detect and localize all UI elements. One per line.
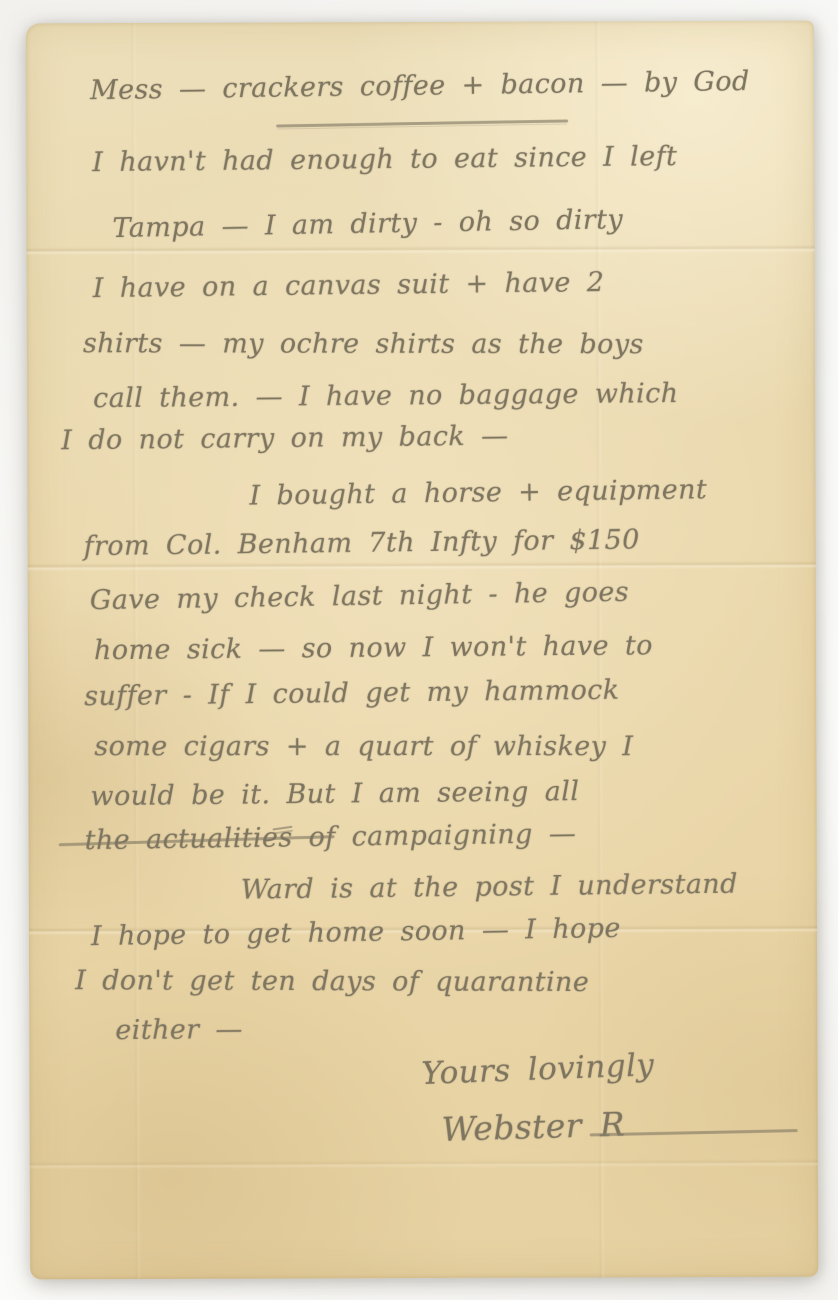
letter-line: Gave my check last night - he goes: [90, 577, 630, 616]
letter-line: from Col. Benham 7th Infty for $150: [83, 524, 639, 562]
scanned-letter-page: Mess — crackers coffee + bacon — by God …: [0, 0, 838, 1300]
letter-line: either —: [115, 1014, 243, 1046]
letter-line: suffer - If I could get my hammock: [84, 675, 620, 713]
letter-line: I have on a canvas suit + have 2: [93, 267, 605, 304]
letter-line: Ward is at the post I understand: [241, 869, 738, 906]
letter-line: some cigars + a quart of whiskey I: [94, 731, 633, 762]
underline-stroke: [276, 119, 568, 127]
paper-sheet-wrap: Mess — crackers coffee + bacon — by God …: [26, 21, 818, 1280]
letter-line: Mess — crackers coffee + bacon — by God: [90, 66, 750, 106]
letter-line: call them. — I have no baggage which: [93, 378, 679, 414]
letter-line: would be it. But I am seeing all: [90, 776, 579, 812]
fold-crease-horizontal: [27, 245, 815, 256]
letter-line: Tampa — I am dirty - oh so dirty: [112, 204, 623, 244]
letter-line: I hope to get home soon — I hope: [91, 913, 621, 952]
letter-line: I do not carry on my back —: [61, 421, 509, 457]
letter-line: shirts — my ochre shirts as the boys: [83, 328, 644, 360]
letter-signature: Webster R: [441, 1105, 625, 1149]
letter-closing: Yours lovingly: [421, 1047, 655, 1092]
letter-line: I havn't had enough to eat since I left: [92, 141, 677, 178]
letter-line: I don't get ten days of quarantine: [75, 965, 589, 998]
fold-crease-horizontal: [30, 1159, 818, 1170]
paper-sheet: Mess — crackers coffee + bacon — by God …: [26, 21, 818, 1280]
letter-line: the actualities of campaigning —: [84, 818, 576, 856]
fold-crease-horizontal: [28, 561, 816, 572]
letter-line: I bought a horse + equipment: [249, 474, 707, 511]
letter-line: home sick — so now I won't have to: [94, 630, 653, 666]
